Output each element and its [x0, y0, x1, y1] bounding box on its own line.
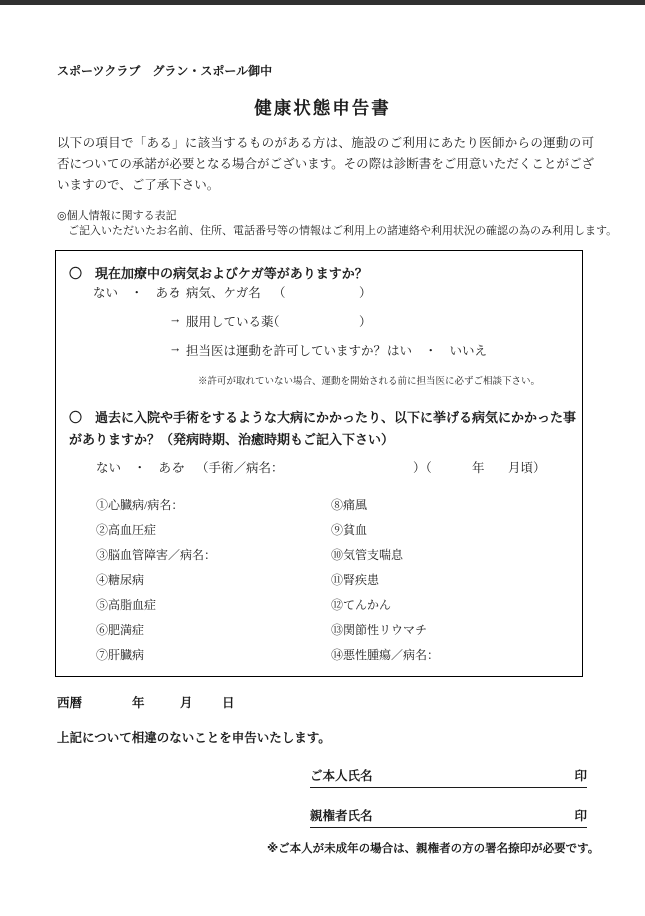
signature-line-self: ご本人氏名 印	[310, 766, 587, 788]
disease-item-5: ⑤高脂血症	[96, 596, 156, 613]
q1-heading: 〇 現在加療中の病気およびケガ等がありますか？	[69, 263, 368, 282]
q1-row1-paren-open: （	[273, 283, 286, 301]
seal-mark: 印	[574, 806, 587, 824]
disease-item-7: ⑦肝臓病	[96, 646, 144, 663]
declaration-statement: 上記について相違のないことを申告いたします。	[57, 728, 331, 746]
q2-entry-open: （手術／病名：	[196, 458, 284, 476]
intro-paragraph: 以下の項目で「ある」に該当するものがある方は、施設のご利用にあたり医師からの運動…	[57, 133, 594, 196]
q1-row1-label: 病気、ケガ名	[186, 283, 261, 301]
date-month-label: 月	[180, 693, 193, 711]
arrow-icon: →	[169, 283, 182, 298]
signature-self-label: ご本人氏名	[310, 766, 373, 784]
q1-row2-paren-open: （	[267, 312, 280, 330]
arrow-icon: →	[169, 312, 182, 327]
disease-item-10: ⑩気管支喘息	[331, 546, 403, 563]
q1-row3-options: はい ・ いいえ	[387, 341, 487, 359]
page-top-edge-bar	[0, 0, 645, 5]
disease-item-11: ⑪腎疾患	[331, 571, 379, 588]
disease-item-6: ⑥肥満症	[96, 621, 144, 638]
privacy-heading: ◎個人情報に関する表記	[57, 207, 177, 223]
q2-entry-year-label: 年	[472, 458, 485, 476]
q2-heading-line1: 〇 過去に入院や手術をするような大病にかかったり、以下に挙げる病気にかかった事	[69, 407, 576, 426]
disease-item-9: ⑨貧血	[331, 521, 367, 538]
signature-line-guardian: 親権者氏名 印	[310, 806, 587, 828]
q2-answer-options: ない ・ ある	[96, 458, 184, 476]
q1-doctor-permission-note: ※許可が取れていない場合、運動を開始される前に担当医に必ずご相談下さい。	[198, 373, 540, 387]
page-title: 健康状態申告書	[0, 95, 645, 120]
q1-row2-paren-close: ）	[359, 312, 372, 330]
q2-heading-line2: がありますか？（発病時期、治癒時期もご記入下さい）	[69, 429, 394, 448]
date-day-label: 日	[222, 693, 235, 711]
q1-row2-label: 服用している薬	[186, 312, 274, 330]
recipient-line: スポーツクラブ グラン・スポール御中	[57, 62, 272, 79]
privacy-text: ご記入いただいたお名前、住所、電話番号等の情報はご利用上の諸連絡や利用状況の確認…	[68, 222, 617, 238]
disease-item-3: ③脳血管障害／病名：	[96, 546, 216, 563]
arrow-icon: →	[174, 458, 187, 473]
seal-mark: 印	[574, 766, 587, 784]
q1-row3-label: 担当医は運動を許可していますか？	[186, 341, 386, 359]
q2-entry-month-label: 月頃）	[508, 458, 546, 476]
date-era-label: 西暦	[57, 693, 82, 711]
disease-item-4: ④糖尿病	[96, 571, 144, 588]
disease-item-1: ①心臓病/病名：	[96, 496, 183, 513]
q2-entry-mid-parens: ）（	[413, 458, 432, 476]
disease-item-12: ⑫てんかん	[331, 596, 391, 613]
disease-item-2: ②高血圧症	[96, 521, 156, 538]
health-declaration-form-page: スポーツクラブ グラン・スポール御中 健康状態申告書 以下の項目で「ある」に該当…	[0, 0, 645, 916]
q1-row1-paren-close: ）	[359, 283, 372, 301]
signature-guardian-label: 親権者氏名	[310, 806, 373, 824]
minor-signature-note: ※ご本人が未成年の場合は、親権者の方の署名捺印が必要です。	[267, 840, 599, 856]
disease-item-14: ⑭悪性腫瘍／病名：	[331, 646, 439, 663]
disease-item-8: ⑧痛風	[331, 496, 367, 513]
disease-item-13: ⑬関節性リウマチ	[331, 621, 427, 638]
q1-answer-options: ない ・ ある	[93, 283, 181, 301]
date-year-label: 年	[132, 693, 145, 711]
questions-box: 〇 現在加療中の病気およびケガ等がありますか？ ない ・ ある → 病気、ケガ名…	[55, 250, 583, 677]
arrow-icon: →	[169, 341, 182, 356]
